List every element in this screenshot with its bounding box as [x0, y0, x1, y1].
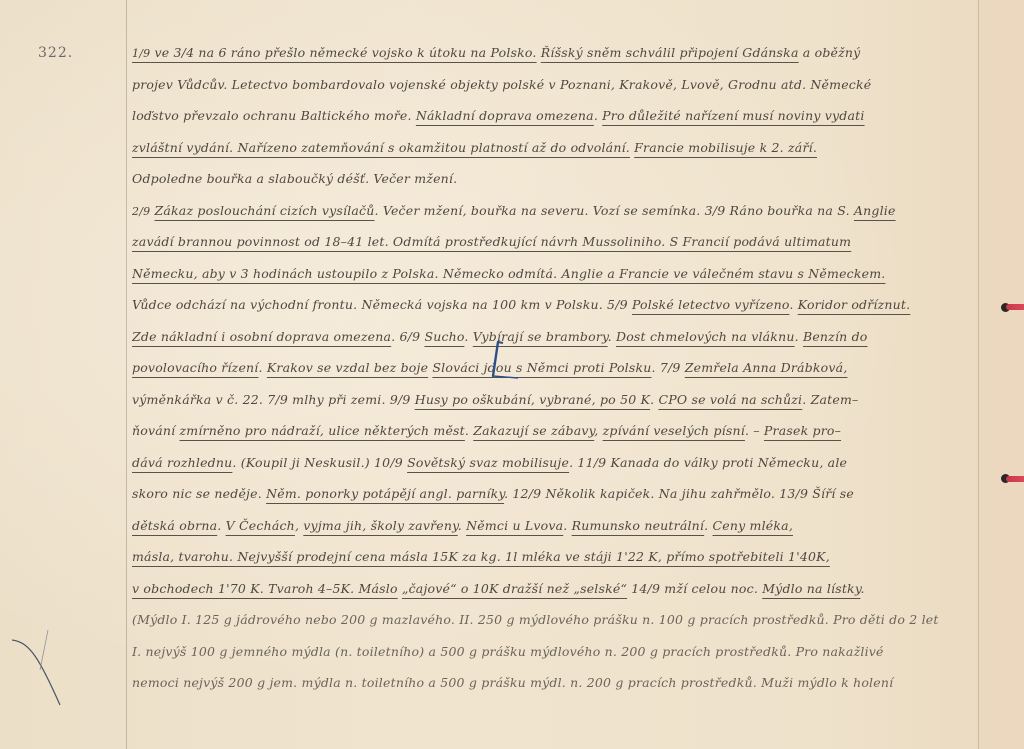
underlined-phrase: Zakazují se zábavy — [473, 423, 594, 438]
left-margin-rule — [126, 0, 127, 749]
manuscript-line: nemoci nejvýš 200 g jem. mýdla n. toilet… — [132, 670, 972, 702]
text-run: 2/9 — [132, 205, 150, 218]
underlined-phrase: Slováci jdou s Němci proti Polsku — [432, 360, 651, 375]
text-run: . — [259, 360, 267, 375]
manuscript-line: ňování zmírněno pro nádraží, ulice někte… — [132, 418, 972, 450]
underlined-phrase: Rumunsko neutrální — [572, 518, 705, 533]
binding-strip — [979, 0, 1024, 749]
text-run: . Večer mžení, bouřka na severu. Vozí se… — [375, 203, 854, 218]
underlined-phrase: Mýdlo na lístky — [762, 581, 860, 596]
manuscript-line: Německu, aby v 3 hodinách ustoupilo z Po… — [132, 261, 972, 293]
underlined-phrase: dává rozhlednu — [132, 455, 232, 470]
underlined-phrase: Něm. ponorky potápějí angl. parníky — [266, 486, 504, 501]
text-run: skoro nic se neděje. — [132, 486, 266, 501]
underlined-phrase: povolovacího řízení — [132, 360, 259, 375]
text-run: . 11/9 Kanada do války proti Německu, al… — [569, 455, 847, 470]
underlined-phrase: Husy po oškubání, vybrané, po 50 K — [415, 392, 650, 407]
manuscript-line: v obchodech 1'70 K. Tvaroh 4–5K. Máslo „… — [132, 576, 972, 608]
text-run: ňování — [132, 423, 180, 438]
text-run: . 6/9 — [391, 329, 424, 344]
text-run: nemoci nejvýš 200 g jem. mýdla n. toilet… — [132, 675, 893, 690]
text-run: a oběžný — [799, 45, 861, 60]
underlined-phrase: Němci u Lvova — [466, 518, 563, 533]
manuscript-page: 322. 1/9 ve 3/4 na 6 ráno přešlo německé… — [0, 0, 1024, 749]
manuscript-line: 2/9 Zákaz poslouchání cizích vysílačů. V… — [132, 198, 972, 230]
manuscript-line: skoro nic se neděje. Něm. ponorky potápě… — [132, 481, 972, 513]
underlined-phrase: Dost chmelových na vláknu — [616, 329, 795, 344]
manuscript-line: dává rozhlednu. (Koupil ji Neskusil.) 10… — [132, 450, 972, 482]
text-run: . — [464, 329, 472, 344]
margin-pencil-stroke-icon — [10, 630, 70, 710]
page-number: 322. — [38, 45, 73, 61]
manuscript-line: (Mýdlo I. 125 g jádrového nebo 200 g maz… — [132, 607, 972, 639]
underlined-phrase: Sucho — [424, 329, 464, 344]
manuscript-line: povolovacího řízení. Krakov se vzdal bez… — [132, 355, 972, 387]
underlined-phrase: CPO se volá na schůzi — [658, 392, 802, 407]
underlined-phrase: zpívání veselých písní — [603, 423, 745, 438]
underlined-phrase: Zde nákladní i osobní doprava omezena — [132, 329, 391, 344]
manuscript-line: dětská obrna. V Čechách, vyjma jih, škol… — [132, 513, 972, 545]
manuscript-line: Vůdce odchází na východní frontu. Německ… — [132, 292, 972, 324]
underlined-phrase: Benzín do — [803, 329, 868, 344]
underlined-phrase: dětská obrna — [132, 518, 217, 533]
manuscript-line: másla, tvarohu. Nejvyšší prodejní cena m… — [132, 544, 972, 576]
manuscript-line: zavádí brannou povinnost od 18–41 let. O… — [132, 229, 972, 261]
underlined-phrase: Krakov se vzdal bez boje — [267, 360, 428, 375]
text-run: (Mýdlo I. 125 g jádrového nebo 200 g maz… — [132, 612, 939, 627]
manuscript-line: projev Vůdcův. Letectvo bombardovalo voj… — [132, 72, 972, 104]
text-run: . — [789, 297, 797, 312]
underlined-phrase: Nákladní doprava omezena — [416, 108, 594, 123]
manuscript-line: Odpoledne bouřka a slaboučký déšť. Večer… — [132, 166, 972, 198]
text-run: . — [563, 518, 571, 533]
underlined-phrase: Prasek pro– — [764, 423, 841, 438]
underlined-phrase: „čajové“ o 10K dražší než „selské“ — [402, 581, 627, 596]
underlined-phrase: Sovětský svaz mobilisuje — [407, 455, 569, 470]
text-run: . Zatem– — [802, 392, 858, 407]
text-run: loďstvo převzalo ochranu Baltického moře… — [132, 108, 416, 123]
text-run: , — [594, 423, 602, 438]
text-run: 14/9 mží celou noc. — [627, 581, 762, 596]
text-run: . — [860, 581, 864, 596]
text-run: . — [608, 329, 616, 344]
manuscript-line: loďstvo převzalo ochranu Baltického moře… — [132, 103, 972, 135]
text-run: Odpoledne bouřka a slaboučký déšť. Večer… — [132, 171, 457, 186]
underlined-phrase: Zemřela Anna Drábková, — [685, 360, 848, 375]
text-run: . — [795, 329, 803, 344]
underlined-phrase: Pro důležité nařízení musí noviny vydati — [602, 108, 864, 123]
underlined-phrase: 1/9 — [132, 47, 150, 60]
underlined-phrase: Ceny mléka, — [713, 518, 794, 533]
text-run: . 7/9 — [652, 360, 685, 375]
underlined-phrase: zmírněno pro nádraží, ulice některých mě… — [180, 423, 465, 438]
manuscript-line: zvláštní vydání. Nařízeno zatemňování s … — [132, 135, 972, 167]
underlined-phrase: v obchodech 1'70 K. Tvaroh 4–5K. Máslo — [132, 581, 398, 596]
text-run: . — [217, 518, 225, 533]
underlined-phrase: zavádí brannou povinnost od 18–41 let. O… — [132, 234, 851, 249]
blue-pencil-bracket-icon — [484, 340, 520, 380]
text-run: . (Koupil ji Neskusil.) 10/9 — [232, 455, 407, 470]
underlined-phrase: vyjma jih, školy zavřeny — [303, 518, 457, 533]
underlined-phrase: Říšský sněm schválil připojení Gdánska — [541, 45, 799, 60]
underlined-phrase: zvláštní vydání. Nařízeno zatemňování s … — [132, 140, 630, 155]
manuscript-line: Zde nákladní i osobní doprava omezena. 6… — [132, 324, 972, 356]
underlined-phrase: Koridor odříznut. — [798, 297, 911, 312]
text-run: výměnkářka v č. 22. 7/9 mlhy při zemi. 9… — [132, 392, 415, 407]
underlined-phrase: V Čechách — [226, 518, 295, 533]
text-run: I. nejvýš 100 g jemného mýdla (n. toilet… — [132, 644, 884, 659]
underlined-phrase: Francie mobilisuje k 2. září. — [634, 140, 817, 155]
text-run: . — [465, 423, 473, 438]
handwritten-text-body: 1/9 ve 3/4 na 6 ráno přešlo německé vojs… — [132, 40, 972, 702]
underlined-phrase: Anglie — [854, 203, 896, 218]
manuscript-line: I. nejvýš 100 g jemného mýdla (n. toilet… — [132, 639, 972, 671]
text-run: projev Vůdcův. Letectvo bombardovalo voj… — [132, 77, 871, 92]
underlined-phrase: másla, tvarohu. Nejvyšší prodejní cena m… — [132, 549, 830, 564]
text-run: . – — [745, 423, 764, 438]
text-run: . — [458, 518, 466, 533]
manuscript-line: 1/9 ve 3/4 na 6 ráno přešlo německé vojs… — [132, 40, 972, 72]
text-run: . 12/9 Několik kapiček. Na jihu zahřmělo… — [504, 486, 854, 501]
underlined-phrase: Německu, aby v 3 hodinách ustoupilo z Po… — [132, 266, 885, 281]
text-run: . — [594, 108, 602, 123]
underlined-phrase: ve 3/4 na 6 ráno přešlo německé vojsko k… — [150, 45, 536, 60]
text-run: Vůdce odchází na východní frontu. Německ… — [132, 297, 632, 312]
manuscript-line: výměnkářka v č. 22. 7/9 mlhy při zemi. 9… — [132, 387, 972, 419]
text-run: . — [704, 518, 712, 533]
underlined-phrase: Polské letectvo vyřízeno — [632, 297, 789, 312]
underlined-phrase: Zákaz poslouchání cizích vysílačů — [155, 203, 375, 218]
